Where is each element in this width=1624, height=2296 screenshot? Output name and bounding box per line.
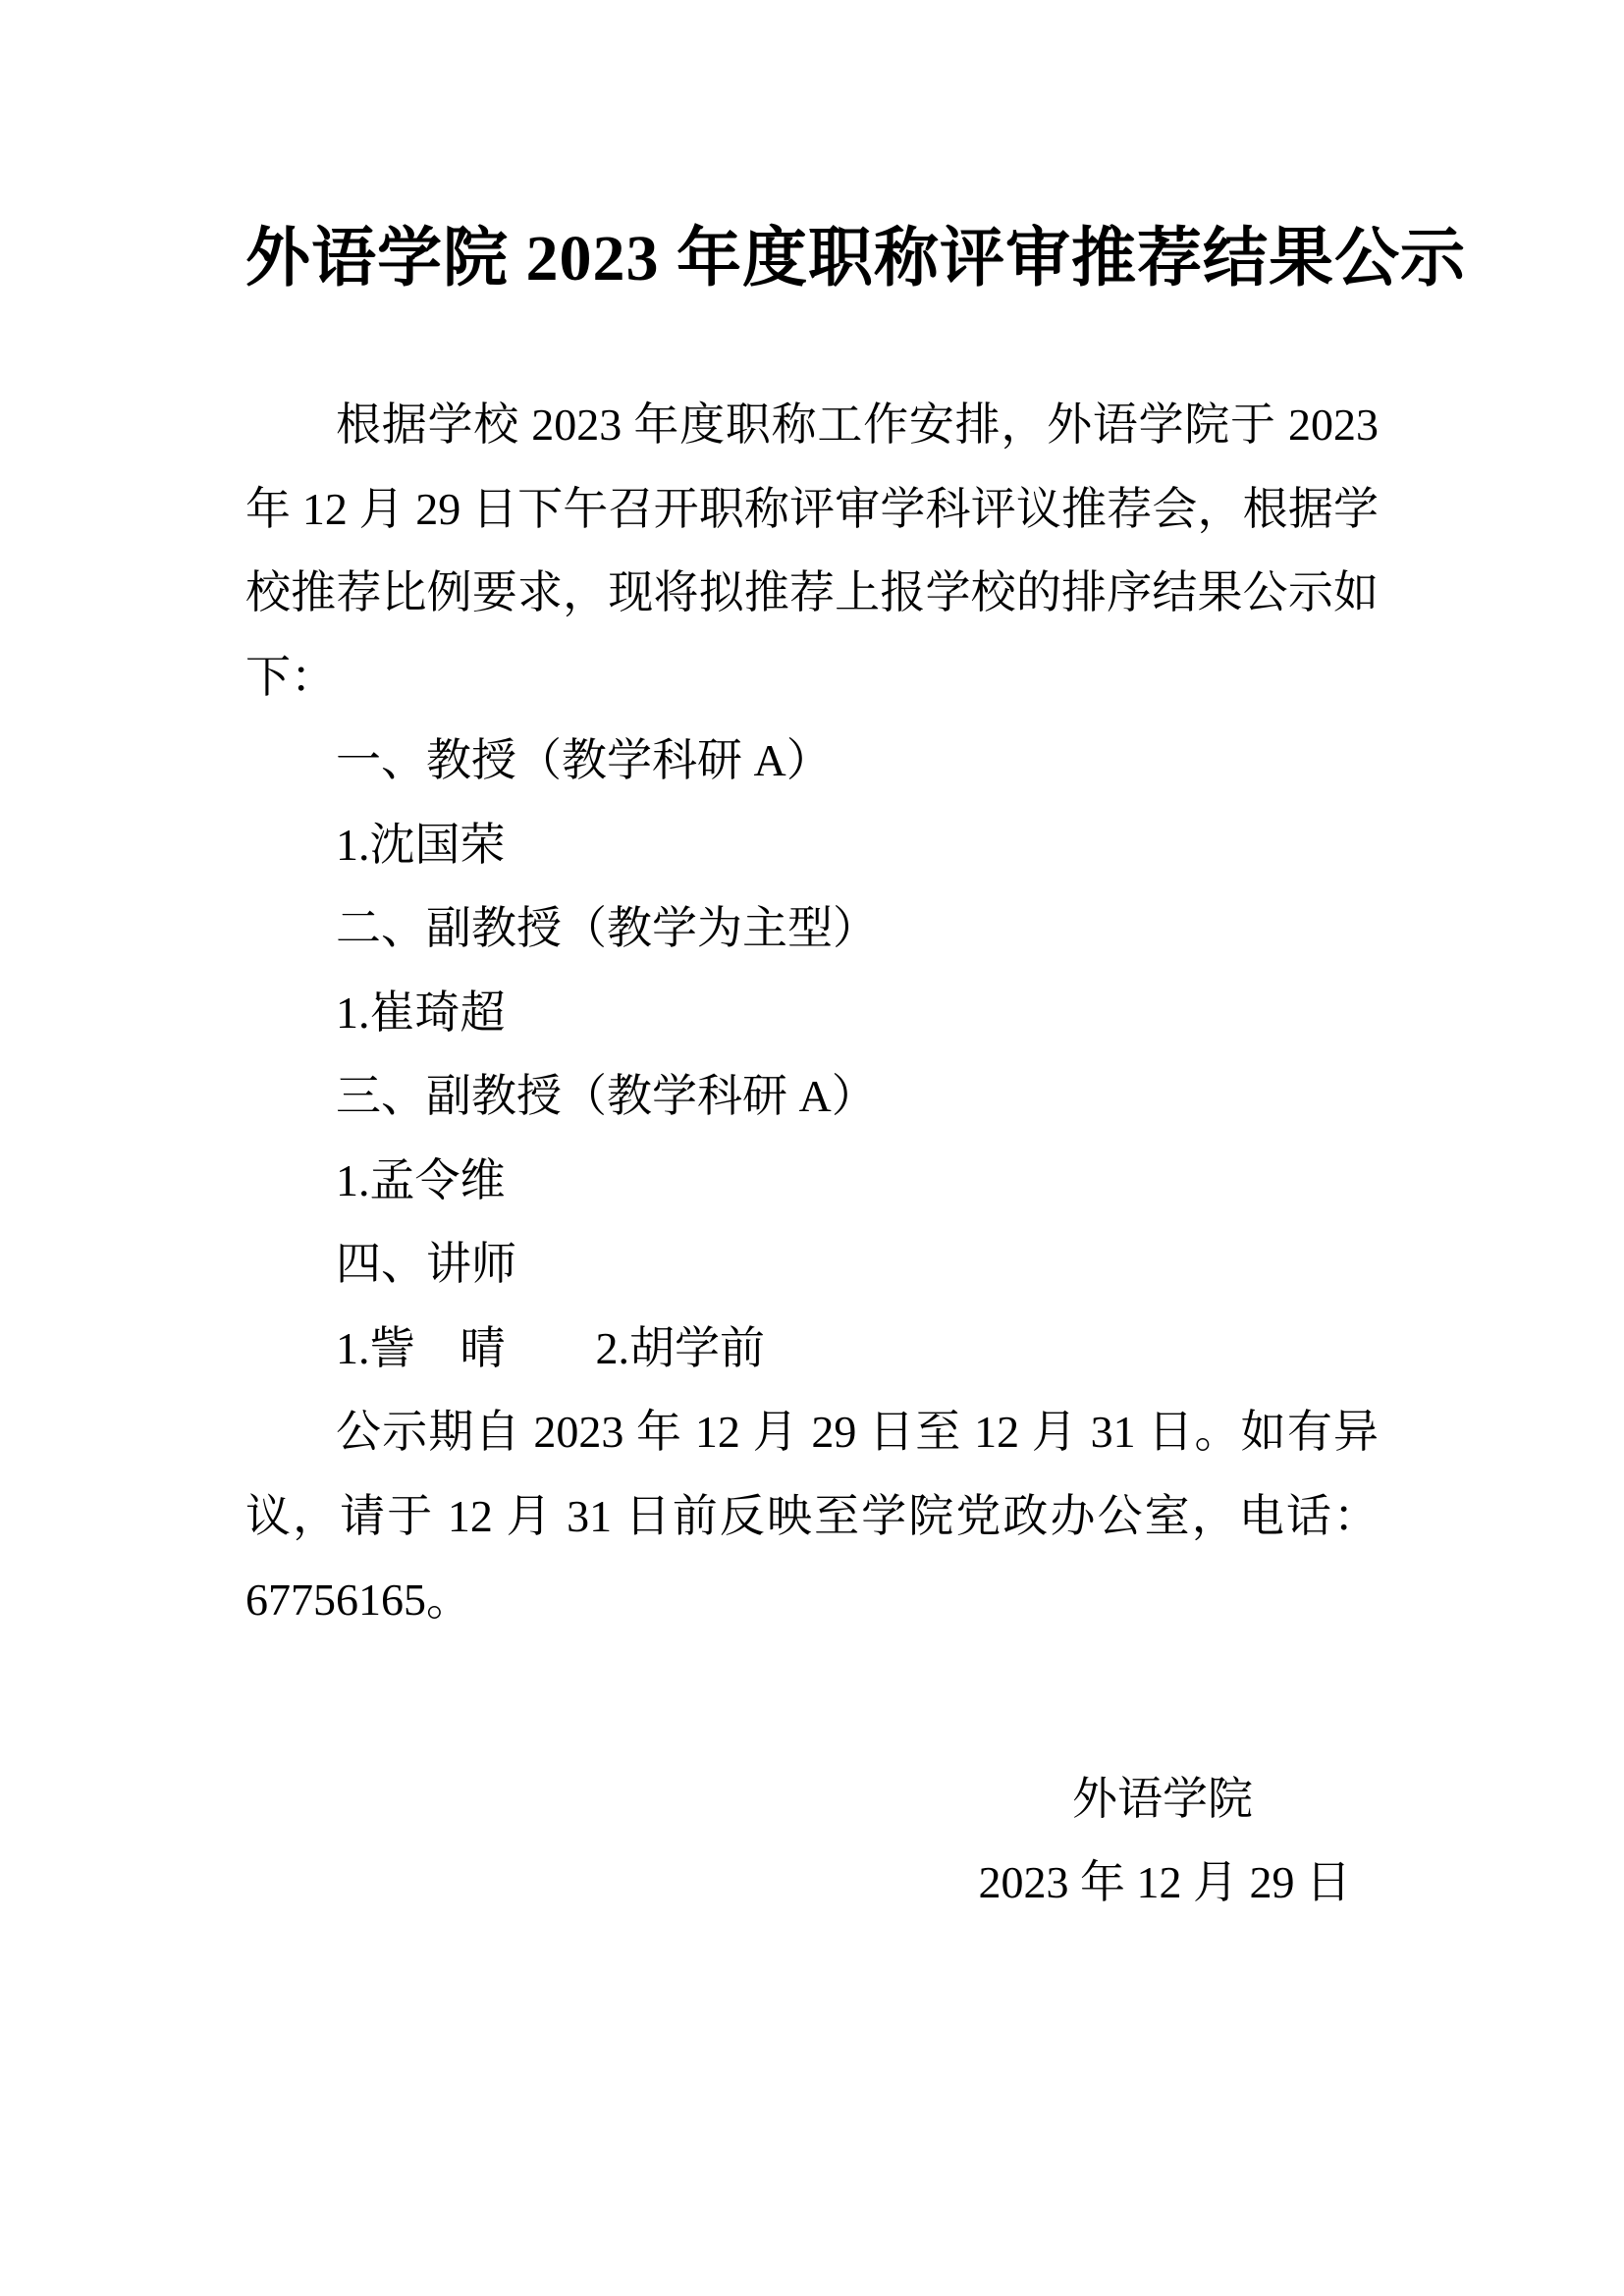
page-title: 外语学院 2023 年度职称评审推荐结果公示 bbox=[245, 209, 1379, 309]
notice-paragraph: 公示期自 2023 年 12 月 29 日至 12 月 31 日。如有异议，请于… bbox=[245, 1390, 1379, 1642]
section-4-names: 1.訾 晴 2.胡学前 bbox=[245, 1307, 1379, 1391]
section-2-heading: 二、副教授（教学为主型） bbox=[245, 886, 1379, 971]
document-body: 根据学校 2023 年度职称工作安排，外语学院于 2023 年 12 月 29 … bbox=[245, 383, 1379, 1925]
section-2-names: 1.崔琦超 bbox=[245, 971, 1379, 1055]
document-page: 外语学院 2023 年度职称评审推荐结果公示 根据学校 2023 年度职称工作安… bbox=[0, 0, 1624, 2296]
section-3-heading: 三、副教授（教学科研 A） bbox=[245, 1054, 1379, 1139]
signature-org: 外语学院 bbox=[245, 1757, 1379, 1842]
signature-date: 2023 年 12 月 29 日 bbox=[245, 1841, 1379, 1925]
section-3-names: 1.孟令维 bbox=[245, 1139, 1379, 1223]
intro-paragraph: 根据学校 2023 年度职称工作安排，外语学院于 2023 年 12 月 29 … bbox=[245, 383, 1379, 719]
signature-block: 外语学院 2023 年 12 月 29 日 bbox=[245, 1757, 1379, 1925]
section-1-names: 1.沈国荣 bbox=[245, 803, 1379, 887]
section-1-heading: 一、教授（教学科研 A） bbox=[245, 719, 1379, 803]
section-4-heading: 四、讲师 bbox=[245, 1222, 1379, 1307]
